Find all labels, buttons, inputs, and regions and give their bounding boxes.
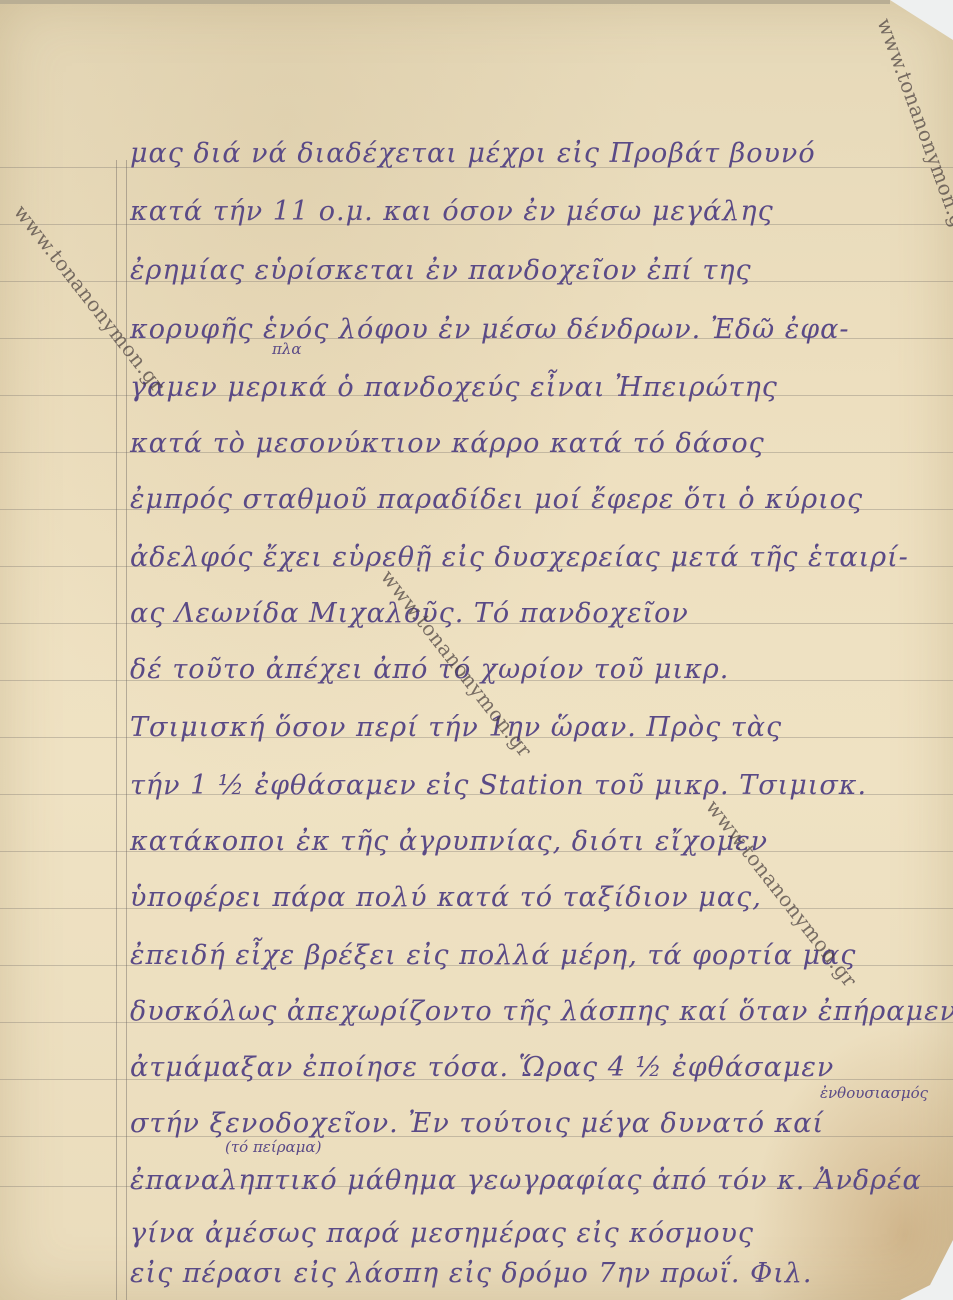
handwritten-line: δέ τοῦτο ἀπέχει ἀπό τό χωρίον τοῦ μικρ. [130, 654, 729, 685]
interlinear-note: (τό πείραμα) [225, 1138, 321, 1156]
handwritten-line: δυσκόλως ἀπεχωρίζοντο τῆς λάσπης καί ὅτα… [130, 996, 953, 1027]
page-top-edge [0, 0, 890, 4]
handwritten-line: εἰς πέρασι εἰς λάσπη εἰς δρόμο 7ην πρωΐ.… [130, 1258, 812, 1289]
handwritten-line: κατά τὸ μεσονύκτιον κάρρο κατά τό δάσος [130, 428, 765, 459]
handwritten-line: ἀτμάμαξαν ἐποίησε τόσα. Ὥρας 4 ½ ἐφθάσαμ… [130, 1052, 834, 1083]
handwritten-line: γαμεν μερικά ὁ πανδοχεύς εἶναι Ἠπειρώτης [130, 372, 778, 403]
handwritten-line: στήν ξενοδοχεῖον. Ἐν τούτοις μέγα δυνατό… [130, 1108, 824, 1139]
watermark: www.tonanonymon.gr [872, 15, 953, 240]
watermark: www.tonanonymon.gr [9, 200, 170, 397]
handwritten-line: τήν 1 ½ ἐφθάσαμεν εἰς Station τοῦ μικρ. … [130, 770, 867, 801]
handwritten-line: μας διά νά διαδέχεται μέχρι εἰς Προβάτ β… [130, 138, 816, 169]
handwritten-line: ἐπειδή εἶχε βρέξει εἰς πολλά μέρη, τά φο… [130, 940, 856, 971]
handwritten-line: ἐμπρός σταθμοῦ παραδίδει μοί ἔφερε ὅτι ὁ… [130, 484, 863, 515]
handwritten-line: κορυφῆς ἑνός λόφου ἐν μέσω δένδρων. Ἐδῶ … [130, 314, 850, 345]
handwritten-line: ἐρημίας εὑρίσκεται ἐν πανδοχεῖον ἐπί της [130, 255, 752, 286]
interlinear-note: ἐνθουσιασμός [820, 1084, 928, 1102]
handwritten-line: ἐπαναληπτικό μάθημα γεωγραφίας ἀπό τόν κ… [130, 1165, 922, 1196]
handwritten-line: γίνα ἀμέσως παρά μεσημέρας εἰς κόσμους [130, 1218, 754, 1249]
handwritten-line: κατά τήν 11 ο.μ. και όσον ἐν μέσω μεγάλη… [130, 196, 774, 227]
handwritten-line: ἀδελφός ἔχει εὑρεθῇ εἰς δυσχερείας μετά … [130, 542, 909, 573]
handwritten-line: κατάκοποι ἐκ τῆς ἀγρυπνίας, διότι εἴχομε… [130, 826, 768, 857]
interlinear-note: πλα [272, 340, 302, 358]
handwritten-line: Τσιμισκή ὅσον περί τήν 1ην ὥραν. Πρὸς τὰ… [130, 712, 782, 743]
letter-page: μας διά νά διαδέχεται μέχρι εἰς Προβάτ β… [0, 0, 953, 1300]
handwritten-line: ὑποφέρει πάρα πολύ κατά τό ταξίδιον μας, [130, 882, 762, 913]
